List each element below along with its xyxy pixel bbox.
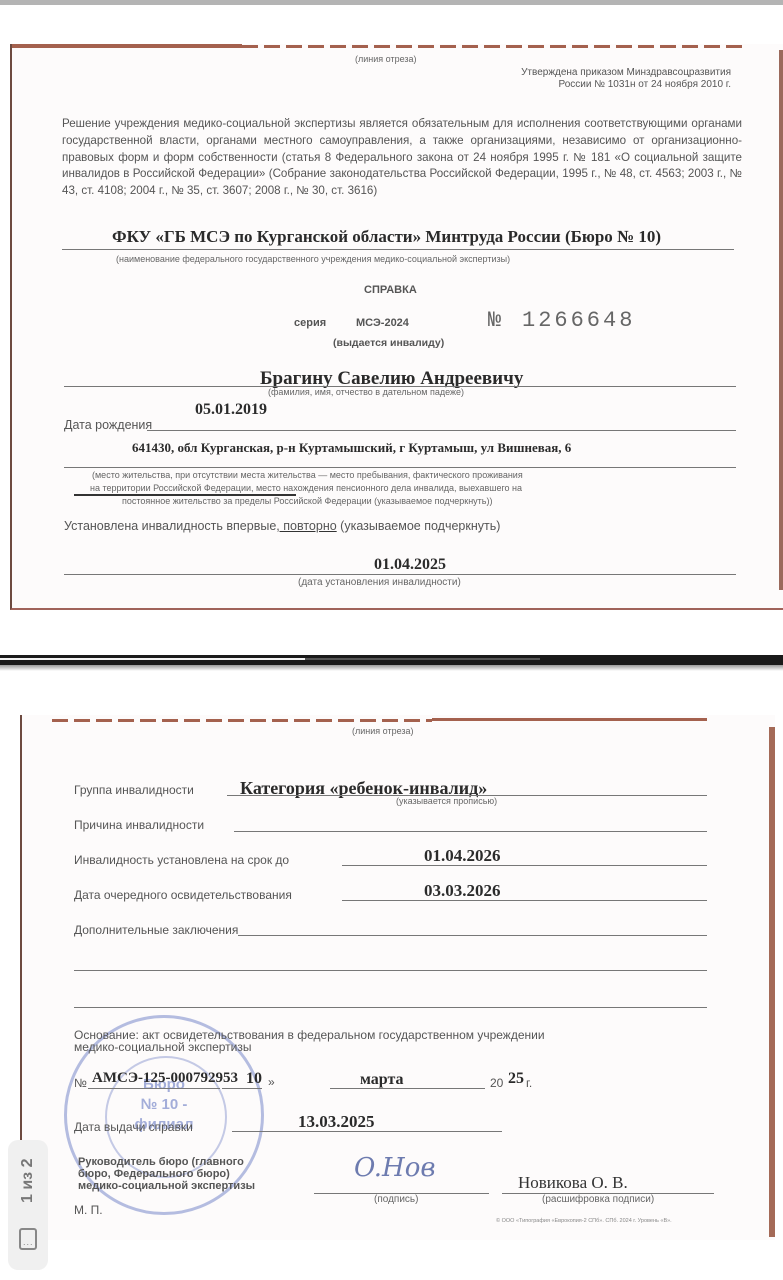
printer-note: © ООО «Типография «Еврокопия-2 СПб». СПб… [496, 1218, 672, 1224]
next-exam-underline [342, 900, 707, 901]
page-edge [769, 727, 775, 1237]
group-label: Группа инвалидности [74, 783, 194, 797]
page-thumbnails-icon[interactable] [19, 1228, 37, 1250]
cut-line [12, 44, 757, 48]
signer-name: Новикова О. В. [518, 1173, 628, 1193]
act-year-prefix: 20 [490, 1076, 503, 1090]
birth-date-value: 05.01.2019 [195, 401, 267, 419]
act-day: 10 [246, 1070, 262, 1088]
established-instruction: (указываемое подчеркнуть) [337, 519, 501, 533]
head-label-line-1: Руководитель бюро (главного [78, 1156, 255, 1168]
handwritten-signature: O.Нов [354, 1153, 436, 1183]
page-separator-shadow [0, 665, 783, 671]
head-label-line-3: медико-социальной экспертизы [78, 1180, 255, 1192]
established-repeat-underlined: , повторно [276, 519, 336, 533]
term-label: Инвалидность установлена на срок до [74, 853, 289, 867]
address-value: 641430, обл Курганская, р-н Куртамышский… [132, 440, 571, 456]
approval-note: Утверждена приказом Минздравсоцразвития … [521, 67, 731, 91]
issued-to-caption: (выдается инвалиду) [333, 337, 444, 349]
act-day-underline [222, 1088, 262, 1089]
head-label: Руководитель бюро (главного бюро, Федера… [78, 1156, 255, 1192]
group-caption: (указывается прописью) [396, 796, 497, 806]
scrollbar-thumb[interactable] [0, 658, 305, 660]
issue-date-value: 13.03.2025 [298, 1112, 375, 1132]
basis-line-2: медико-социальной экспертизы [74, 1040, 252, 1054]
name-caption: (фамилия, имя, отчество в дательном паде… [268, 387, 464, 397]
signer-caption: (расшифровка подписи) [542, 1194, 654, 1205]
act-year-suffix: 25 [508, 1070, 524, 1088]
next-exam-label: Дата очередного освидетельствования [74, 888, 292, 902]
established-first-time: Установлена инвалидность впервые [64, 519, 276, 533]
term-underline [342, 865, 707, 866]
birth-date-underline [147, 430, 736, 431]
established-date-caption: (дата установления инвалидности) [298, 577, 461, 588]
established-date-value: 01.04.2025 [374, 556, 446, 574]
organization-caption: (наименование федерального государственн… [116, 254, 510, 264]
disability-established-text: Установлена инвалидность впервые, повтор… [64, 519, 500, 533]
legal-preamble: Решение учреждения медико-социальной экс… [62, 116, 742, 200]
next-exam-value: 03.03.2026 [424, 881, 501, 901]
birth-date-label: Дата рождения [64, 418, 152, 432]
act-number-underline [88, 1088, 220, 1089]
act-year-g: г. [526, 1076, 532, 1090]
address-caption-1: (место жительства, при отсутствии места … [92, 470, 523, 480]
approval-line-1: Утверждена приказом Минздравсоцразвития [521, 67, 731, 79]
act-day-quote: » [268, 1075, 275, 1089]
number-sign: № [488, 308, 501, 333]
signature-caption: (подпись) [374, 1194, 418, 1205]
head-label-line-2: бюро, Федерального бюро) [78, 1168, 255, 1180]
act-month-underline [330, 1088, 485, 1089]
scrollbar-track-segment [305, 658, 540, 660]
act-month: марта [360, 1071, 404, 1089]
cut-line-label: (линия отреза) [355, 54, 417, 64]
additional-underline-2 [74, 970, 707, 971]
additional-underline-3 [74, 1007, 707, 1008]
cause-underline [234, 831, 707, 832]
stamp-text-2: № 10 - [67, 1096, 261, 1113]
series-value: МСЭ-2024 [356, 317, 409, 329]
stamp-place-label: М. П. [74, 1203, 103, 1217]
address-caption-3: постоянное жительство за пределы Российс… [122, 496, 493, 506]
additional-underline-1 [238, 935, 707, 936]
series-label: серия [294, 317, 326, 329]
issue-date-label: Дата выдачи справки [74, 1120, 193, 1134]
horizontal-scrollbar[interactable] [0, 655, 783, 665]
cut-line-label: (линия отреза) [352, 726, 414, 736]
page-edge [779, 50, 783, 590]
issue-date-underline [232, 1131, 502, 1132]
act-number: АМСЭ-125-000792953 [92, 1070, 238, 1087]
document-title: СПРАВКА [364, 284, 417, 296]
act-number-sign: № [74, 1076, 87, 1090]
address-underline [64, 467, 736, 468]
approval-line-2: России № 1031н от 24 ноября 2010 г. [521, 79, 731, 91]
organization-underline [62, 249, 734, 250]
certificate-number: 1266648 [522, 308, 635, 333]
established-date-underline [64, 574, 736, 575]
additional-label: Дополнительные заключения [74, 923, 238, 937]
viewer-top-bar [0, 0, 783, 5]
page-indicator-text: 1 из 2 [19, 1163, 37, 1203]
term-value: 01.04.2026 [424, 846, 501, 866]
address-caption-2: на территории Российской Федерации, мест… [90, 483, 522, 493]
cut-line [52, 718, 707, 722]
organization-name: ФКУ «ГБ МСЭ по Курганской области» Минтр… [112, 227, 661, 247]
document-page-2: (линия отреза) Бюро № 10 - филиал Группа… [20, 715, 775, 1240]
page-indicator[interactable]: 1 из 2 [8, 1140, 48, 1270]
cause-label: Причина инвалидности [74, 818, 204, 832]
document-page-1: (линия отреза) Утверждена приказом Минзд… [10, 44, 783, 610]
